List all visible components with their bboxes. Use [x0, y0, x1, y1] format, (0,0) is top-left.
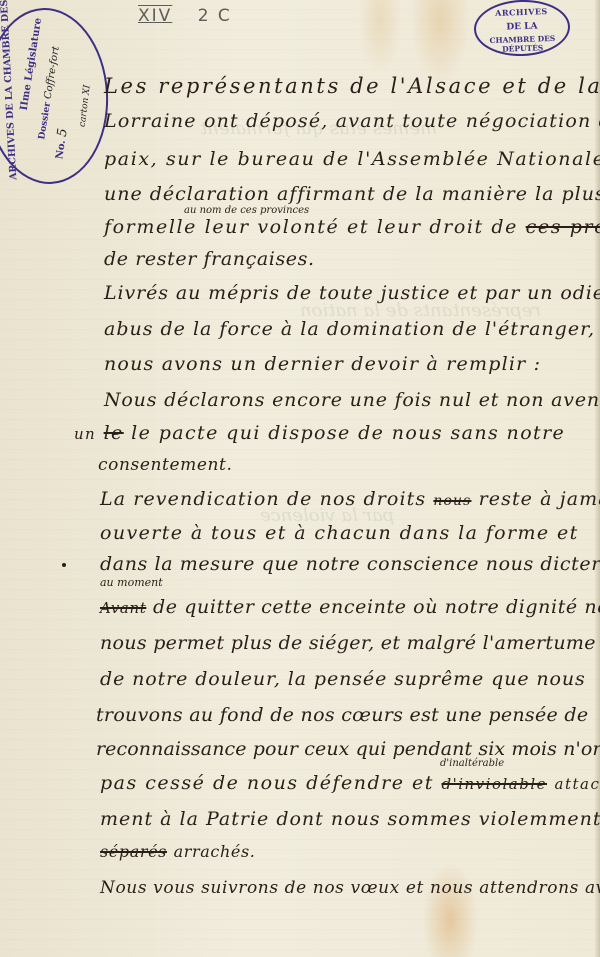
manuscript-line: de notre douleur, la pensée suprême que … — [100, 668, 586, 690]
line-text: reste à jamais — [479, 488, 600, 510]
stamp-numero-label: No. — [54, 139, 68, 160]
insert-above-line: au moment — [100, 576, 163, 589]
stamp-dossier: Dossier Coffre-fort — [36, 45, 62, 140]
line-text: le pacte qui dispose de nous sans notre — [131, 422, 565, 444]
manuscript-line: nous avons un dernier devoir à remplir : — [104, 353, 541, 375]
line-text: attache- — [555, 775, 600, 793]
manuscript-line: un le le pacte qui dispose de nous sans … — [74, 422, 565, 444]
manuscript-line: Lorraine ont déposé, avant toute négocia… — [104, 110, 600, 132]
stamp-right-line3: CHAMBRE DES DÉPUTÉS — [476, 33, 569, 54]
manuscript-line: Nous vous suivrons de nos vœux et nous a… — [100, 878, 600, 898]
manuscript-line: reconnaissance pour ceux qui pendant six… — [96, 738, 600, 760]
stamp-numero: No. 5 — [51, 127, 71, 160]
margin-mark — [62, 563, 66, 567]
manuscript-line: séparés arrachés. — [100, 840, 255, 862]
struck-text: le — [104, 422, 124, 444]
manuscript-line: paix, sur le bureau de l'Assemblée Natio… — [104, 148, 600, 170]
struck-text: ces provinces — [526, 216, 600, 238]
struck-text: nous — [433, 493, 471, 509]
manuscript-line: ouverte à tous et à chacun dans la forme… — [100, 522, 579, 544]
manuscript-line: Les représentants de l'Alsace et de la — [104, 74, 600, 98]
archives-stamp-left: ARCHIVES DE LA CHAMBRE DES DÉPUTÉS IIme … — [0, 5, 113, 187]
struck-text: Avant — [100, 599, 146, 617]
manuscript-line: Livrés au mépris de toute justice et par… — [104, 282, 600, 304]
manuscript-line: nous permet plus de siéger, et malgré l'… — [100, 632, 596, 654]
insert-above-line: d'inaltérable — [440, 758, 504, 769]
line-text: La revendication de nos droits — [100, 488, 426, 510]
line-text: formelle leur volonté et leur droit de — [104, 216, 518, 238]
reference-code: 2 C — [198, 6, 232, 26]
stamp-carton: carton XI — [78, 84, 93, 127]
manuscript-line: La revendication de nos droits nous rest… — [100, 488, 600, 510]
manuscript-line: formelle leur volonté et leur droit de c… — [104, 216, 600, 238]
reference-roman: XIV — [138, 6, 172, 26]
stamp-right-line2: DE LA — [476, 20, 568, 33]
stamp-dossier-value: Coffre-fort — [43, 45, 62, 99]
manuscript-line: Nous déclarons encore une fois nul et no… — [104, 389, 600, 411]
manuscript-line: une déclaration affirmant de la manière … — [104, 183, 600, 205]
manuscript-line: pas cessé de nous défendre et d'inviolab… — [100, 772, 600, 794]
manuscript-line: de rester françaises. — [104, 248, 315, 270]
line-text: une déclaration affirmant de la manière … — [104, 183, 600, 205]
line-text: de quitter cette enceinte où notre digni… — [153, 596, 600, 618]
manuscript-line: Avant de quitter cette enceinte où notre… — [100, 596, 600, 618]
manuscript-line: ment à la Patrie dont nous sommes violem… — [100, 808, 600, 830]
stamp-dossier-label: Dossier — [37, 101, 53, 140]
manuscript-line: trouvons au fond de nos cœurs est une pe… — [96, 704, 588, 726]
manuscript-line: dans la mesure que notre conscience nous… — [100, 553, 600, 575]
struck-text: séparés — [100, 842, 167, 861]
line-text: arrachés. — [174, 842, 256, 861]
document-page: mêmes élus qui formaient représentants d… — [0, 0, 600, 957]
manuscript-line: abus de la force à la domination de l'ét… — [104, 318, 595, 340]
stamp-right-line1: ARCHIVES — [475, 5, 567, 18]
margin-insert: un — [74, 425, 96, 443]
struck-text: d'inviolable — [441, 775, 547, 793]
archival-reference: XIV 2 C — [138, 6, 232, 26]
archives-stamp-right: ARCHIVES DE LA CHAMBRE DES DÉPUTÉS — [473, 0, 571, 58]
stamp-ring-text: ARCHIVES DE LA CHAMBRE DES DÉPUTÉS — [0, 0, 19, 180]
line-text: de rester françaises. — [104, 248, 315, 270]
insert-above-line: au nom de ces provinces — [184, 205, 309, 216]
stamp-legislature: IIme Législature — [19, 17, 44, 111]
line-text: pas cessé de nous défendre et — [100, 772, 434, 794]
stamp-numero-value: 5 — [55, 127, 71, 138]
manuscript-line: consentement. — [98, 455, 233, 475]
